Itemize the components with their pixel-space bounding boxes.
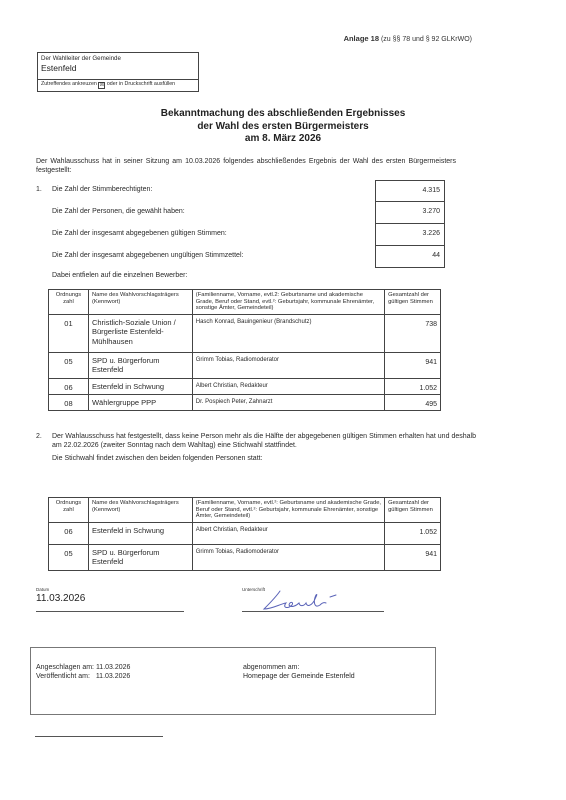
stat-label: Die Zahl der Personen, die gewählt haben… bbox=[52, 208, 185, 215]
order-number: 01 bbox=[49, 314, 89, 352]
stat-row-invalid-ballots: Die Zahl der insgesamt abgegebenen ungül… bbox=[36, 246, 466, 268]
checkbox-crossed-icon: ☒ bbox=[98, 82, 105, 89]
header-nominator: Name des Wahlvorschlagsträgers (Kennwort… bbox=[88, 498, 192, 523]
fill-hint: Zutreffendes ankreuzen ☒ oder in Drucksc… bbox=[38, 80, 198, 90]
order-number: 08 bbox=[49, 394, 89, 410]
header-order-number: Ordnungs zahl bbox=[49, 290, 89, 315]
header-order-number: Ordnungs zahl bbox=[49, 498, 89, 523]
vote-count: 941 bbox=[385, 544, 441, 570]
table-row: 06 Estenfeld in Schwung Albert Christian… bbox=[49, 522, 441, 544]
attachment-label: Anlage 18 bbox=[344, 34, 379, 43]
vote-count: 1.052 bbox=[385, 378, 441, 394]
stat-label: Die Zahl der insgesamt abgegebenen ungül… bbox=[52, 252, 243, 259]
stat-row-eligible: 1. Die Zahl der Stimmberechtigten: 4.315 bbox=[36, 180, 466, 202]
fill-hint-before: Zutreffendes ankreuzen bbox=[41, 81, 97, 87]
table-row: 05 SPD u. Bürgerforum Estenfeld Grimm To… bbox=[49, 352, 441, 378]
nominator-name: SPD u. Bürgerforum Estenfeld bbox=[88, 544, 192, 570]
candidate-details: Grimm Tobias, Radiomoderator bbox=[192, 352, 384, 378]
signature-field: Unterschrift bbox=[242, 587, 384, 612]
header-valid-votes: Gesamtzahl der gültigen Stimmen bbox=[385, 290, 441, 315]
candidate-details: Grimm Tobias, Radiomoderator bbox=[192, 544, 384, 570]
section-number: 1. bbox=[36, 186, 42, 193]
table-row: 08 Wählergruppe PPP Dr. Pospiech Peter, … bbox=[49, 394, 441, 410]
stat-row-voters: Die Zahl der Personen, die gewählt haben… bbox=[36, 202, 466, 224]
section-number: 2. bbox=[36, 432, 42, 441]
order-number: 05 bbox=[49, 352, 89, 378]
table-header-row: Ordnungs zahl Name des Wahlvorschlagsträ… bbox=[49, 290, 441, 315]
posted-on-label: Angeschlagen am: bbox=[36, 664, 94, 671]
posted-on-value: 11.03.2026 bbox=[96, 664, 131, 671]
nominator-name: Christlich-Soziale Union / Bürgerliste E… bbox=[88, 314, 192, 352]
posting-notice-box: Angeschlagen am: 11.03.2026 Veröffentlic… bbox=[30, 647, 436, 715]
runoff-paragraph: 2. Der Wahlausschuss hat festgestellt, d… bbox=[36, 432, 476, 450]
vote-count: 738 bbox=[385, 314, 441, 352]
nominator-name: Estenfeld in Schwung bbox=[88, 378, 192, 394]
candidate-details: Hasch Konrad, Bauingenieur (Brandschutz) bbox=[192, 314, 384, 352]
header-valid-votes: Gesamtzahl der gültigen Stimmen bbox=[385, 498, 441, 523]
title-line-2: der Wahl des ersten Bürgermeisters bbox=[0, 121, 566, 134]
title-line-3: am 8. März 2026 bbox=[0, 133, 566, 146]
municipality-name: Estenfeld bbox=[41, 63, 195, 73]
election-officer-box: Der Wahlleiter der Gemeinde Estenfeld Zu… bbox=[37, 52, 199, 92]
stat-value: 4.315 bbox=[375, 180, 445, 202]
candidates-intro: Dabei entfielen auf die einzelnen Bewerb… bbox=[52, 272, 187, 279]
table-row: 01 Christlich-Soziale Union / Bürgerlist… bbox=[49, 314, 441, 352]
header-nominator: Name des Wahlvorschlagsträgers (Kennwort… bbox=[88, 290, 192, 315]
nominator-name: Estenfeld in Schwung bbox=[88, 522, 192, 544]
table-row: 05 SPD u. Bürgerforum Estenfeld Grimm To… bbox=[49, 544, 441, 570]
stat-value: 44 bbox=[375, 246, 445, 268]
date-field: Datum 11.03.2026 bbox=[36, 587, 184, 612]
publication-medium: Homepage der Gemeinde Estenfeld bbox=[243, 673, 355, 682]
candidate-details: Dr. Pospiech Peter, Zahnarzt bbox=[192, 394, 384, 410]
footer-divider bbox=[35, 736, 163, 737]
order-number: 06 bbox=[49, 378, 89, 394]
title-line-1: Bekanntmachung des abschließenden Ergebn… bbox=[0, 108, 566, 121]
vote-count: 941 bbox=[385, 352, 441, 378]
header-candidate-details: (Familienname, Vorname, evtl.2: Geburtsn… bbox=[192, 290, 384, 315]
attachment-legal-ref: (zu §§ 78 und § 92 GLKrWO) bbox=[381, 36, 472, 43]
election-officer-label: Der Wahlleiter der Gemeinde bbox=[41, 55, 195, 62]
fill-hint-after: oder in Druckschrift ausfüllen bbox=[107, 81, 175, 87]
candidate-details: Albert Christian, Redakteur bbox=[192, 522, 384, 544]
posted-on-row: Angeschlagen am: 11.03.2026 bbox=[36, 664, 130, 673]
order-number: 05 bbox=[49, 544, 89, 570]
stat-value: 3.226 bbox=[375, 224, 445, 246]
stat-row-valid-votes: Die Zahl der insgesamt abgegebenen gülti… bbox=[36, 224, 466, 246]
order-number: 06 bbox=[49, 522, 89, 544]
vote-count: 1.052 bbox=[385, 522, 441, 544]
date-label: Datum bbox=[36, 587, 184, 592]
runoff-intro: Die Stichwahl findet zwischen den beiden… bbox=[52, 455, 263, 462]
header-candidate-details: (Familienname, Vorname, evtl.²: Geburtsn… bbox=[192, 498, 384, 523]
removed-on-label: abgenommen am: bbox=[243, 664, 355, 673]
handwritten-signature-icon bbox=[258, 587, 368, 613]
attachment-reference: Anlage 18 (zu §§ 78 und § 92 GLKrWO) bbox=[344, 34, 472, 43]
intro-paragraph: Der Wahlausschuss hat in seiner Sitzung … bbox=[36, 157, 456, 175]
runoff-candidates-table: Ordnungs zahl Name des Wahlvorschlagsträ… bbox=[48, 497, 441, 571]
date-value: 11.03.2026 bbox=[36, 593, 184, 604]
stat-label: Die Zahl der Stimmberechtigten: bbox=[52, 186, 152, 193]
document-title: Bekanntmachung des abschließenden Ergebn… bbox=[0, 108, 566, 146]
table-header-row: Ordnungs zahl Name des Wahlvorschlagsträ… bbox=[49, 498, 441, 523]
published-on-value: 11.03.2026 bbox=[96, 673, 131, 680]
published-on-label: Veröffentlicht am: bbox=[36, 673, 90, 680]
stat-label: Die Zahl der insgesamt abgegebenen gülti… bbox=[52, 230, 227, 237]
nominator-name: Wählergruppe PPP bbox=[88, 394, 192, 410]
nominator-name: SPD u. Bürgerforum Estenfeld bbox=[88, 352, 192, 378]
vote-count: 495 bbox=[385, 394, 441, 410]
table-row: 06 Estenfeld in Schwung Albert Christian… bbox=[49, 378, 441, 394]
published-on-row: Veröffentlicht am: 11.03.2026 bbox=[36, 673, 130, 682]
candidate-details: Albert Christian, Redakteur bbox=[192, 378, 384, 394]
runoff-text: Der Wahlausschuss hat festgestellt, dass… bbox=[52, 432, 476, 450]
stat-value: 3.270 bbox=[375, 202, 445, 224]
candidates-results-table: Ordnungs zahl Name des Wahlvorschlagsträ… bbox=[48, 289, 441, 411]
